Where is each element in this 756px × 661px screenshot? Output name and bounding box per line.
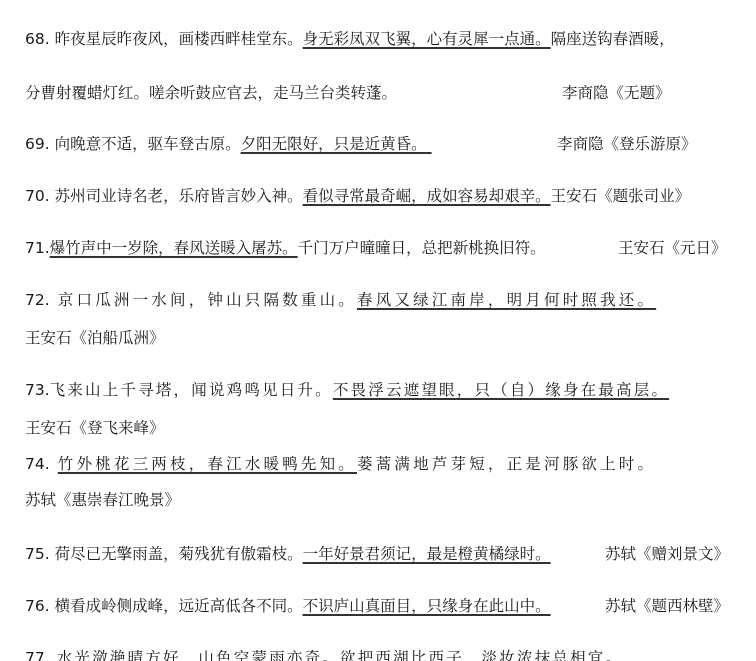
poem-text: 昨夜星辰昨夜风，画楼西畔桂堂东。: [55, 30, 303, 48]
poem-underlined-text: 一年好景君须记，最是橙黄橘绿时。: [303, 545, 551, 563]
poem-underlined-text: 夕阳无限好，只是近黄昏。: [241, 135, 427, 153]
poem-number: 69.: [25, 135, 50, 153]
poem-text: 蒌蒿满地芦芽短，正是河豚欲上时。: [357, 455, 656, 473]
poem-number: 68.: [25, 30, 50, 48]
poem-74-line-1: 74. 竹外桃花三两枝，春江水暖鸭先知。蒌蒿满地芦芽短，正是河豚欲上时。: [25, 454, 656, 474]
poem-author: 李商隐: [557, 135, 604, 153]
poem-number: 77.: [25, 649, 50, 661]
poem-underlined-text: 春风又绿江南岸，明月何时照我还。: [357, 291, 656, 309]
poem-69-attribution: 李商隐《登乐游原》: [557, 134, 697, 154]
poem-author: 苏轼: [605, 545, 636, 563]
poem-underlined-text: 不识庐山真面目，只缘身在此山中。: [303, 597, 551, 615]
poem-author: 王安石: [618, 239, 665, 257]
poem-title: 《登乐游原》: [604, 135, 697, 153]
poem-number: 72.: [25, 291, 50, 309]
poem-title: 《登飞来峰》: [72, 419, 165, 437]
poem-73-attribution: 王安石《登飞来峰》: [25, 418, 165, 438]
underline-pad: [427, 134, 439, 154]
poem-68-line-2: 分曹射覆蜡灯红。嗟余听鼓应官去，走马兰台类转蓬。: [25, 83, 397, 103]
poem-text: 分曹射覆蜡灯红。嗟余听鼓应官去，走马兰台类转蓬。: [25, 84, 397, 102]
poem-77-line: 77. 水光潋滟晴方好，山色空蒙雨亦奇。欲把西湖比西子，淡妆浓抹总相宜。: [25, 648, 623, 661]
poem-title: 《泊船瓜洲》: [72, 329, 165, 347]
poem-text: 荷尽已无擎雨盖，菊残犹有傲霜枝。: [55, 545, 303, 563]
poem-title: 《题张司业》: [597, 187, 690, 205]
poem-title: 《无题》: [609, 84, 671, 102]
poem-text: 横看成岭侧成峰，远近高低各不同。: [55, 597, 303, 615]
poem-68-attribution: 李商隐《无题》: [562, 83, 671, 103]
poem-number: 71.: [25, 239, 50, 257]
poem-number: 70.: [25, 187, 50, 205]
poem-number: 76.: [25, 597, 50, 615]
poem-author: 王安石: [25, 419, 72, 437]
poem-72-line-1: 72. 京口瓜洲一水间，钟山只隔数重山。春风又绿江南岸，明月何时照我还。: [25, 290, 656, 310]
poem-68-line-1: 68. 昨夜星辰昨夜风，画楼西畔桂堂东。身无彩凤双飞翼，心有灵犀一点通。隔座送钩…: [25, 29, 675, 49]
poem-text: 千门万户曈曈日，总把新桃换旧符。: [298, 239, 546, 257]
poem-underlined-text: 爆竹声中一岁除，春风送暖入屠苏。: [50, 239, 298, 257]
poem-number: 74.: [25, 455, 50, 473]
poem-76-line: 76. 横看成岭侧成峰，远近高低各不同。不识庐山真面目，只缘身在此山中。: [25, 596, 551, 616]
poem-text: 向晚意不适，驱车登古原。: [55, 135, 241, 153]
poem-75-line: 75. 荷尽已无擎雨盖，菊残犹有傲霜枝。一年好景君须记，最是橙黄橘绿时。: [25, 544, 551, 564]
poem-text: 苏州司业诗名老，乐府皆言妙入神。: [55, 187, 303, 205]
poem-title: 《元日》: [665, 239, 727, 257]
poem-author: 王安石: [25, 329, 72, 347]
poem-text: 飞来山上千寻塔，闻说鸡鸣见日升。: [50, 381, 333, 399]
poem-number: 75.: [25, 545, 50, 563]
poem-text: 京口瓜洲一水间，钟山只隔数重山。: [58, 291, 357, 309]
poem-70-line: 70. 苏州司业诗名老，乐府皆言妙入神。看似寻常最奇崛，成如容易却艰辛。王安石《…: [25, 186, 690, 206]
poem-author: 苏轼: [605, 597, 636, 615]
poem-underlined-text: 不畏浮云遮望眼，只（自）缘身在最高层。: [333, 381, 669, 399]
poem-number: 73.: [25, 381, 50, 399]
poem-72-attribution: 王安石《泊船瓜洲》: [25, 328, 165, 348]
poem-author: 苏轼: [25, 491, 56, 509]
poem-author: 王安石: [551, 187, 598, 205]
poem-underlined-text: 看似寻常最奇崛，成如容易却艰辛。: [303, 187, 551, 205]
poem-underlined-text: 竹外桃花三两枝，春江水暖鸭先知。: [58, 455, 357, 473]
poem-title: 《惠崇春江晚景》: [56, 491, 180, 509]
poem-underlined-text: 身无彩凤双飞翼，心有灵犀一点通。: [303, 30, 551, 48]
poem-title: 《赠刘景文》: [636, 545, 729, 563]
poem-76-attribution: 苏轼《题西林壁》: [605, 596, 729, 616]
poem-title: 《题西林壁》: [636, 597, 729, 615]
poem-71-attribution: 王安石《元日》: [618, 238, 727, 258]
document-page: 68. 昨夜星辰昨夜风，画楼西畔桂堂东。身无彩凤双飞翼，心有灵犀一点通。隔座送钩…: [0, 0, 756, 661]
poem-text: 水光潋滟晴方好，山色空蒙雨亦奇。欲把西湖比西子，淡妆浓抹总相宜。: [57, 649, 623, 661]
poem-text: 隔座送钩春酒暖，: [551, 30, 675, 48]
poem-71-line: 71.爆竹声中一岁除，春风送暖入屠苏。千门万户曈曈日，总把新桃换旧符。: [25, 238, 546, 258]
poem-73-line-1: 73.飞来山上千寻塔，闻说鸡鸣见日升。不畏浮云遮望眼，只（自）缘身在最高层。: [25, 380, 669, 400]
poem-69-line: 69. 向晚意不适，驱车登古原。夕阳无限好，只是近黄昏。: [25, 134, 439, 154]
poem-74-attribution: 苏轼《惠崇春江晚景》: [25, 490, 180, 510]
poem-75-attribution: 苏轼《赠刘景文》: [605, 544, 729, 564]
poem-author: 李商隐: [562, 84, 609, 102]
